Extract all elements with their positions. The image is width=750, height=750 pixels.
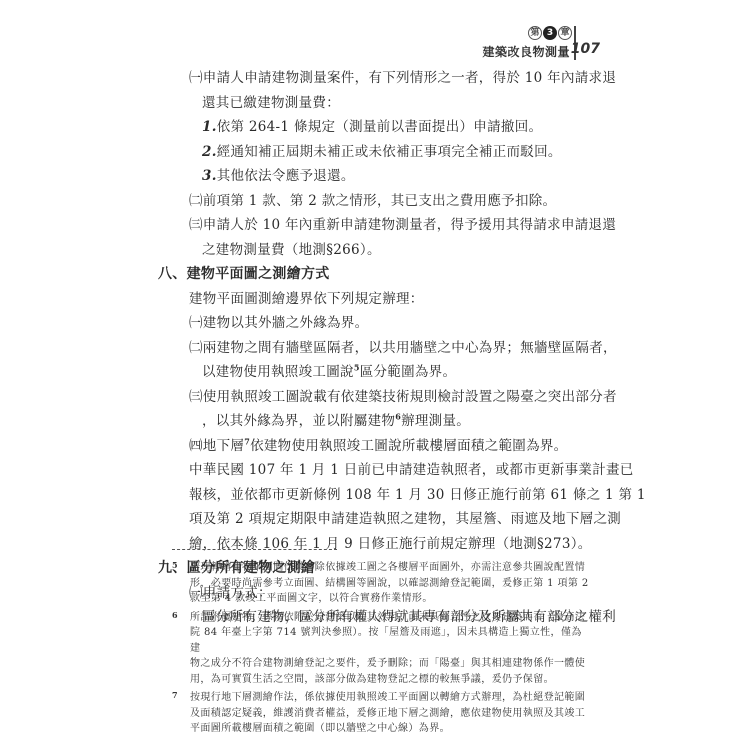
line-text: 還其已繳建物測量費： [202,95,340,111]
footnote-line: 款至第 4 款竣工平面圖文字，以符合實務作業情形。 [190,591,592,607]
line-text-continued: 辦理測量。 [401,413,470,429]
body-line: ㈣地下層7依建物使用執照竣工圖說所載樓層面積之範圍為界。 [172,434,600,459]
line-text: ㈡前項第 1 款、第 2 款之情形，其已支出之費用應予扣除。 [189,193,556,209]
running-header: 第 3 章 建築改良物測量 107 [340,24,600,64]
footnote-line: 按現行地下層測繪作法，係依據使用執照竣工平面圖以轉繪方式辦理，為杜絕登記範圍 [190,690,592,706]
line-text: ㈡兩建物之間有牆壁區隔者，以共用牆壁之中心為界；無牆壁區隔者， [189,340,617,356]
line-text: 依第 264-1 條規定（測量前以書面提出）申請撤回。 [217,119,543,135]
chapter-title: 建築改良物測量 [482,43,570,60]
body-line: ，以其外緣為界，並以附屬建物6辦理測量。 [172,409,600,434]
line-text: 中華民國 107 年 1 月 1 日前已申請建造執照者，或都市更新事業計畫已 [189,462,634,478]
body-line: ㈢使用執照竣工圖說載有依建築技術規則檢討設置之陽臺之突出部分者 [172,385,600,410]
line-text: ，以其外緣為界，並以附屬建物 [202,413,395,429]
line-text-continued: 依建物使用執照竣工圖說所載樓層面積之範圍為界。 [250,438,567,454]
footnote-7: 7按現行地下層測繪作法，係依據使用執照竣工平面圖以轉繪方式辦理，為杜絕登記範圍及… [172,690,592,737]
line-text: 項及第 2 項規定期限申請建造執照之建物，其屋簷、雨遮及地下層之測 [189,511,621,527]
body-line: ㈢申請人於 10 年內重新申請建物測量者，得予援用其得請求申請退還 [172,213,600,238]
footnote-mark: 5 [172,558,178,574]
page-number: 107 [571,41,600,57]
chapter-badge: 第 3 章 [528,26,572,40]
body-line: 1.依第 264-1 條規定（測量前以書面提出）申請撤回。 [172,115,600,140]
line-text: 建物平面圖測繪邊界依下列規定辦理： [189,291,424,307]
line-text: ㈢申請人於 10 年內重新申請建物測量者，得予援用其得請求申請退還 [189,217,616,233]
body-line: 以建物使用執照竣工圖說5區分範圍為界。 [172,360,600,385]
line-text: 經通知補正屆期未補正或未依補正事項完全補正而駁回。 [217,144,562,160]
body-line: 之建物測量費（地測§266）。 [172,238,600,263]
list-number: 3. [202,168,217,184]
body-line: ㈡兩建物之間有牆壁區隔者，以共用牆壁之中心為界；無牆壁區隔者， [172,336,600,361]
body-line: ㈠申請人申請建物測量案件，有下列情形之一者，得於 10 年內請求退 [172,66,600,91]
body-line: 中華民國 107 年 1 月 1 日前已申請建造執照者，或都市更新事業計畫已 [172,458,600,483]
footnote-mark: 6 [172,608,178,624]
footnote-line: 辦理轉繪建物平面圖作業，除依據竣工圖之各樓層平面圖外，亦需注意參共圖說配置情 [190,560,592,576]
list-number: 1. [202,119,217,135]
body-line: 3.其他依法令應予退還。 [172,164,600,189]
body-line: 繪，依本條 106 年 1 月 9 日修正施行前規定辦理（地測§273）。 [172,532,600,557]
line-text-continued: 區分範圍為界。 [360,364,457,380]
body-line: 還其已繳建物測量費： [172,91,600,116]
footnote-line: 所謂附屬建物，係指依附於原建築以助其效用，而未具獨立性之次要建築而言（最高法 [190,610,592,626]
section-heading: 八、建物平面圖之測繪方式 [158,262,600,287]
line-text: 之建物測量費（地測§266）。 [202,242,381,258]
footnote-line: 用，為可實質生活之空間，該部分做為建物登記之標的較無爭議，爰仍予保留。 [190,672,592,688]
footnote-line: 形，必要時尚需參考立面圖、結構圖等圖說，以確認測繪登記範圍，爰修正第 1 項第 … [190,576,592,592]
body-line: 項及第 2 項規定期限申請建造執照之建物，其屋簷、雨遮及地下層之測 [172,507,600,532]
footnote-6: 6所謂附屬建物，係指依附於原建築以助其效用，而未具獨立性之次要建築而言（最高法院… [172,610,592,688]
line-text: 報核，並依都市更新條例 108 年 1 月 30 日修正施行前第 61 條之 1… [189,487,646,503]
line-text: 以建物使用執照竣工圖說 [202,364,354,380]
line-text: 八、建物平面圖之測繪方式 [158,266,330,282]
body-line: ㈠建物以其外牆之外緣為界。 [172,311,600,336]
chapter-badge-prefix: 第 [528,26,542,40]
footnote-line: 平面圖所載樓層面積之範圍（即以牆壁之中心線）為界。 [190,721,592,737]
footnote-line: 及面積認定疑義，維護消費者權益，爰修正地下層之測繪，應依建物使用執照及其竣工 [190,706,592,722]
body-line: 2.經通知補正屆期未補正或未依補正事項完全補正而駁回。 [172,140,600,165]
footnote-5: 5辦理轉繪建物平面圖作業，除依據竣工圖之各樓層平面圖外，亦需注意參共圖說配置情形… [172,560,592,607]
line-text: ㈠申請人申請建物測量案件，有下列情形之一者，得於 10 年內請求退 [189,70,616,86]
footnote-separator [172,549,337,550]
line-text: ㈢使用執照竣工圖說載有依建築技術規則檢討設置之陽臺之突出部分者 [189,389,617,405]
body-line: 建物平面圖測繪邊界依下列規定辦理： [172,287,600,312]
line-text: ㈣地下層 [189,438,244,454]
chapter-badge-number: 3 [543,26,557,40]
footnote-mark: 7 [172,688,178,704]
footnote-line: 院 84 年臺上字第 714 號判決參照）。按「屋簷及雨遮」，因未具構造上獨立性… [190,625,592,656]
body-text: ㈠申請人申請建物測量案件，有下列情形之一者，得於 10 年內請求退還其已繳建物測… [172,66,600,630]
line-text: 其他依法令應予退還。 [217,168,355,184]
footnote-line: 物之成分不符合建物測繪登記之要件，爰予刪除；而「陽臺」與其相連建物係作一體使 [190,656,592,672]
chapter-badge-suffix: 章 [558,26,572,40]
line-text: ㈠建物以其外牆之外緣為界。 [189,315,368,331]
footnotes: 5辦理轉繪建物平面圖作業，除依據竣工圖之各樓層平面圖外，亦需注意參共圖說配置情形… [172,560,592,740]
body-line: 報核，並依都市更新條例 108 年 1 月 30 日修正施行前第 61 條之 1… [172,483,600,508]
body-line: ㈡前項第 1 款、第 2 款之情形，其已支出之費用應予扣除。 [172,189,600,214]
list-number: 2. [202,144,217,160]
